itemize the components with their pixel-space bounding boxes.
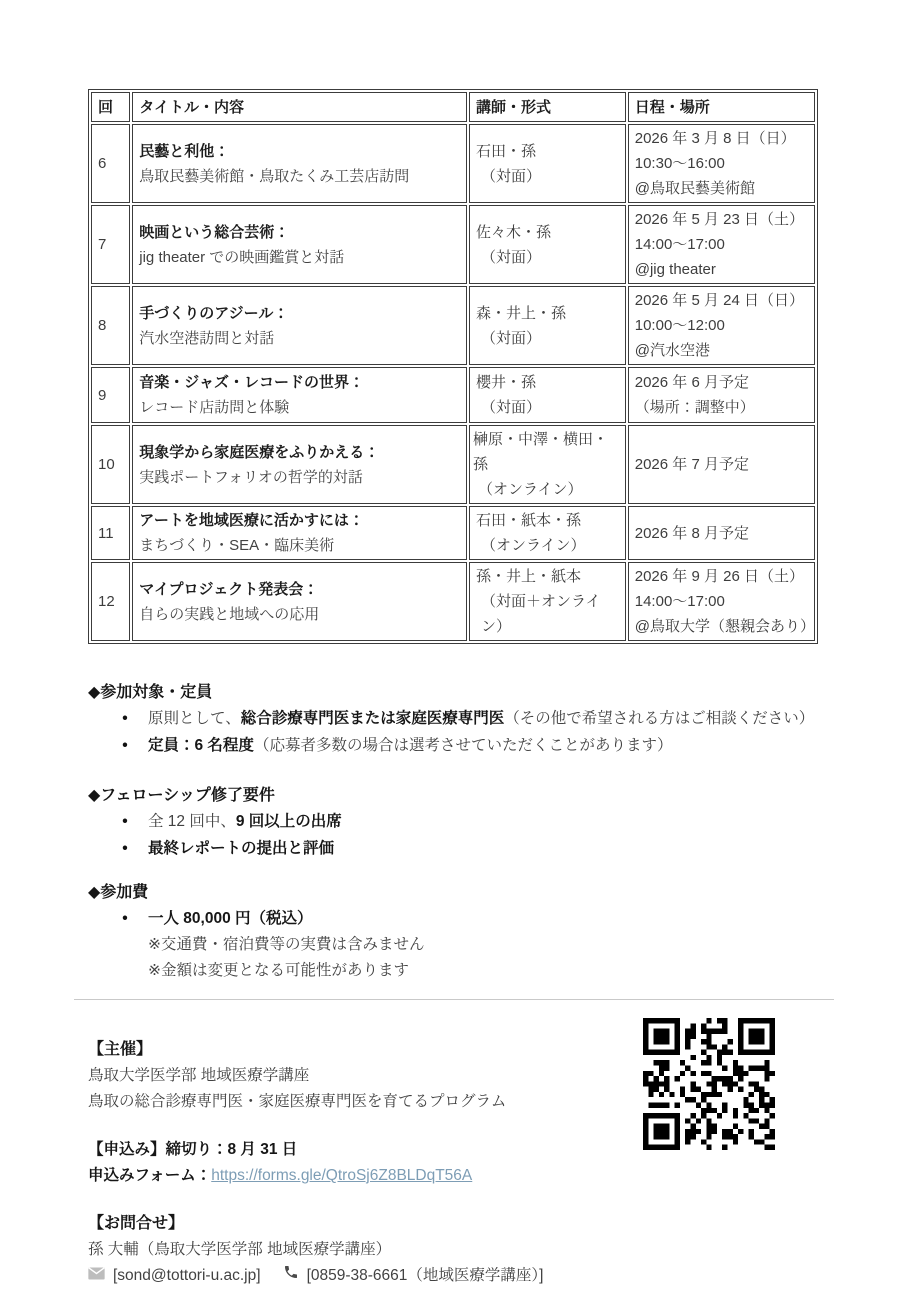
section-heading: ◆参加費 xyxy=(88,881,820,905)
item-text: 原則として、総合診療専門医または家庭医療専門医（その他で希望される方はご相談くだ… xyxy=(148,705,814,732)
session-lecturer-cell: 石田・紙本・孫 （オンライン） xyxy=(469,506,626,560)
table-row: 11 アートを地域医療に活かすには： まちづくり・SEA・臨床美術 石田・紙本・… xyxy=(91,506,815,560)
session-date-cell: 2026 年 5 月 24 日（日） 10:00～12:00 @汽水空港 xyxy=(628,286,815,365)
session-number: 7 xyxy=(91,205,130,284)
section-heading: ◆参加対象・定員 xyxy=(88,681,820,705)
session-title: 音楽・ジャズ・レコードの世界： xyxy=(139,370,460,395)
session-title-cell: 手づくりのアジール： 汽水空港訪問と対話 xyxy=(132,286,467,365)
section-participants: ◆参加対象・定員 原則として、総合診療専門医または家庭医療専門医（その他で希望さ… xyxy=(88,681,820,759)
contact-person: 孫 大輔（鳥取大学医学部 地域医療学講座） xyxy=(88,1237,820,1263)
application-form-link[interactable]: https://forms.gle/QtroSj6Z8BLDqT56A xyxy=(211,1167,472,1184)
session-title: 映画という総合芸術： xyxy=(139,220,460,245)
session-date: 2026 年 7 月予定 xyxy=(635,452,808,477)
session-time: 14:00～17:00 xyxy=(635,232,808,257)
contact-block: 【お問合せ】 孫 大輔（鳥取大学医学部 地域医療学講座） [sond@totto… xyxy=(88,1211,820,1289)
session-lecturer: 櫻井・孫 xyxy=(476,370,619,395)
session-title: マイプロジェクト発表会： xyxy=(139,577,460,602)
session-date: 2026 年 8 月予定 xyxy=(635,521,808,546)
schedule-table: 回 タイトル・内容 講師・形式 日程・場所 6 民藝と利他： 鳥取民藝美術館・鳥… xyxy=(88,89,818,644)
col-header-lecturer: 講師・形式 xyxy=(469,92,626,122)
session-lecturer: 石田・孫 xyxy=(476,139,619,164)
section-fee: ◆参加費 一人 80,000 円（税込） ※交通費・宿泊費等の実費は含みません … xyxy=(88,881,820,984)
session-subtitle: レコード店訪問と体験 xyxy=(139,395,460,420)
session-date-cell: 2026 年 5 月 23 日（土） 14:00～17:00 @jig thea… xyxy=(628,205,815,284)
item-text: 最終レポートの提出と評価 xyxy=(148,835,334,862)
session-place: （場所：調整中） xyxy=(635,395,808,420)
phone-icon xyxy=(283,1263,299,1289)
session-place: @鳥取民藝美術館 xyxy=(635,176,808,201)
contact-row: [sond@tottori-u.ac.jp] [0859-38-6661（地域医… xyxy=(88,1263,820,1289)
bullet-item: 定員：6 名程度（応募者多数の場合は選考させていただくことがあります） xyxy=(88,732,820,759)
session-format: （対面） xyxy=(476,326,619,351)
session-subtitle: 汽水空港訪問と対話 xyxy=(139,326,460,351)
session-title-cell: 民藝と利他： 鳥取民藝美術館・鳥取たくみ工芸店訪問 xyxy=(132,124,467,203)
section-divider xyxy=(74,999,834,1000)
contact-phone: [0859-38-6661（地域医療学講座）] xyxy=(307,1263,544,1289)
session-number: 9 xyxy=(91,367,130,423)
session-lecturer: 佐々木・孫 xyxy=(476,220,619,245)
item-text: 一人 80,000 円（税込） xyxy=(148,905,313,932)
session-date-cell: 2026 年 6 月予定 （場所：調整中） xyxy=(628,367,815,423)
table-row: 12 マイプロジェクト発表会： 自らの実践と地域への応用 孫・井上・紙本 （対面… xyxy=(91,562,815,641)
session-lecturer-cell: 佐々木・孫 （対面） xyxy=(469,205,626,284)
session-title: 現象学から家庭医療をふりかえる： xyxy=(139,440,460,465)
table-row: 10 現象学から家庭医療をふりかえる： 実践ポートフォリオの哲学的対話 榊原・中… xyxy=(91,425,815,504)
session-format: （オンライン） xyxy=(476,533,619,558)
session-title-cell: マイプロジェクト発表会： 自らの実践と地域への応用 xyxy=(132,562,467,641)
session-title: 手づくりのアジール： xyxy=(139,301,460,326)
session-number: 10 xyxy=(91,425,130,504)
application-form-label: 申込みフォーム： xyxy=(88,1167,211,1184)
session-title-cell: アートを地域医療に活かすには： まちづくり・SEA・臨床美術 xyxy=(132,506,467,560)
session-lecturer-cell: 榊原・中澤・横田・孫 （オンライン） xyxy=(469,425,626,504)
section-heading: ◆フェローシップ修了要件 xyxy=(88,784,820,808)
session-subtitle: 鳥取民藝美術館・鳥取たくみ工芸店訪問 xyxy=(139,164,460,189)
session-lecturer-cell: 櫻井・孫 （対面） xyxy=(469,367,626,423)
session-number: 12 xyxy=(91,562,130,641)
session-date-cell: 2026 年 9 月 26 日（土） 14:00～17:00 @鳥取大学（懇親会… xyxy=(628,562,815,641)
table-row: 7 映画という総合芸術： jig theater での映画鑑賞と対話 佐々木・孫… xyxy=(91,205,815,284)
session-title-cell: 現象学から家庭医療をふりかえる： 実践ポートフォリオの哲学的対話 xyxy=(132,425,467,504)
col-header-date: 日程・場所 xyxy=(628,92,815,122)
section-completion: ◆フェローシップ修了要件 全 12 回中、9 回以上の出席 最終レポートの提出と… xyxy=(88,784,820,862)
contact-email: [sond@tottori-u.ac.jp] xyxy=(113,1263,261,1289)
session-date: 2026 年 3 月 8 日（日） xyxy=(635,126,808,151)
fee-note: ※金額は変更となる可能性があります xyxy=(148,958,820,984)
contact-label: 【お問合せ】 xyxy=(88,1211,820,1237)
session-date-cell: 2026 年 3 月 8 日（日） 10:30～16:00 @鳥取民藝美術館 xyxy=(628,124,815,203)
session-date: 2026 年 5 月 24 日（日） xyxy=(635,288,808,313)
session-subtitle: jig theater での映画鑑賞と対話 xyxy=(139,245,460,270)
mail-icon xyxy=(88,1263,105,1289)
session-lecturer: 石田・紙本・孫 xyxy=(476,508,619,533)
session-lecturer: 孫・井上・紙本 xyxy=(476,564,619,589)
col-header-title: タイトル・内容 xyxy=(132,92,467,122)
session-lecturer-cell: 石田・孫 （対面） xyxy=(469,124,626,203)
session-date-cell: 2026 年 8 月予定 xyxy=(628,506,815,560)
session-lecturer: 森・井上・孫 xyxy=(476,301,619,326)
session-date: 2026 年 9 月 26 日（土） xyxy=(635,564,808,589)
qr-code xyxy=(643,1018,775,1150)
item-text: 定員：6 名程度（応募者多数の場合は選考させていただくことがあります） xyxy=(148,732,672,759)
session-title-cell: 映画という総合芸術： jig theater での映画鑑賞と対話 xyxy=(132,205,467,284)
item-text: 全 12 回中、9 回以上の出席 xyxy=(148,808,342,835)
session-date-cell: 2026 年 7 月予定 xyxy=(628,425,815,504)
bullet-item: 全 12 回中、9 回以上の出席 xyxy=(88,808,820,835)
session-title: 民藝と利他： xyxy=(139,139,460,164)
session-time: 14:00～17:00 xyxy=(635,589,808,614)
col-header-session: 回 xyxy=(91,92,130,122)
session-time: 10:00～12:00 xyxy=(635,313,808,338)
table-header-row: 回 タイトル・内容 講師・形式 日程・場所 xyxy=(91,92,815,122)
session-number: 8 xyxy=(91,286,130,365)
session-place: @汽水空港 xyxy=(635,338,808,363)
bullet-item: 一人 80,000 円（税込） xyxy=(88,905,820,932)
session-title-cell: 音楽・ジャズ・レコードの世界： レコード店訪問と体験 xyxy=(132,367,467,423)
session-lecturer-cell: 孫・井上・紙本 （対面＋オンライン） xyxy=(469,562,626,641)
session-number: 11 xyxy=(91,506,130,560)
session-place: @jig theater xyxy=(635,257,808,282)
session-lecturer: 榊原・中澤・横田・孫 xyxy=(473,427,623,477)
session-date: 2026 年 6 月予定 xyxy=(635,370,808,395)
session-time: 10:30～16:00 xyxy=(635,151,808,176)
session-format: （対面） xyxy=(476,164,619,189)
session-subtitle: 実践ポートフォリオの哲学的対話 xyxy=(139,465,460,490)
bullet-item: 最終レポートの提出と評価 xyxy=(88,835,820,862)
session-subtitle: 自らの実践と地域への応用 xyxy=(139,602,460,627)
table-row: 9 音楽・ジャズ・レコードの世界： レコード店訪問と体験 櫻井・孫 （対面） 2… xyxy=(91,367,815,423)
session-date: 2026 年 5 月 23 日（土） xyxy=(635,207,808,232)
table-row: 6 民藝と利他： 鳥取民藝美術館・鳥取たくみ工芸店訪問 石田・孫 （対面） 20… xyxy=(91,124,815,203)
session-number: 6 xyxy=(91,124,130,203)
session-lecturer-cell: 森・井上・孫 （対面） xyxy=(469,286,626,365)
session-place: @鳥取大学（懇親会あり） xyxy=(635,614,808,639)
fee-note: ※交通費・宿泊費等の実費は含みません xyxy=(148,932,820,958)
session-title: アートを地域医療に活かすには： xyxy=(139,508,460,533)
session-format: （対面） xyxy=(476,395,619,420)
bullet-item: 原則として、総合診療専門医または家庭医療専門医（その他で希望される方はご相談くだ… xyxy=(88,705,820,732)
table-row: 8 手づくりのアジール： 汽水空港訪問と対話 森・井上・孫 （対面） 2026 … xyxy=(91,286,815,365)
session-subtitle: まちづくり・SEA・臨床美術 xyxy=(139,533,460,558)
session-format: （オンライン） xyxy=(473,477,623,502)
session-format: （対面＋オンライン） xyxy=(476,589,619,639)
session-format: （対面） xyxy=(476,245,619,270)
